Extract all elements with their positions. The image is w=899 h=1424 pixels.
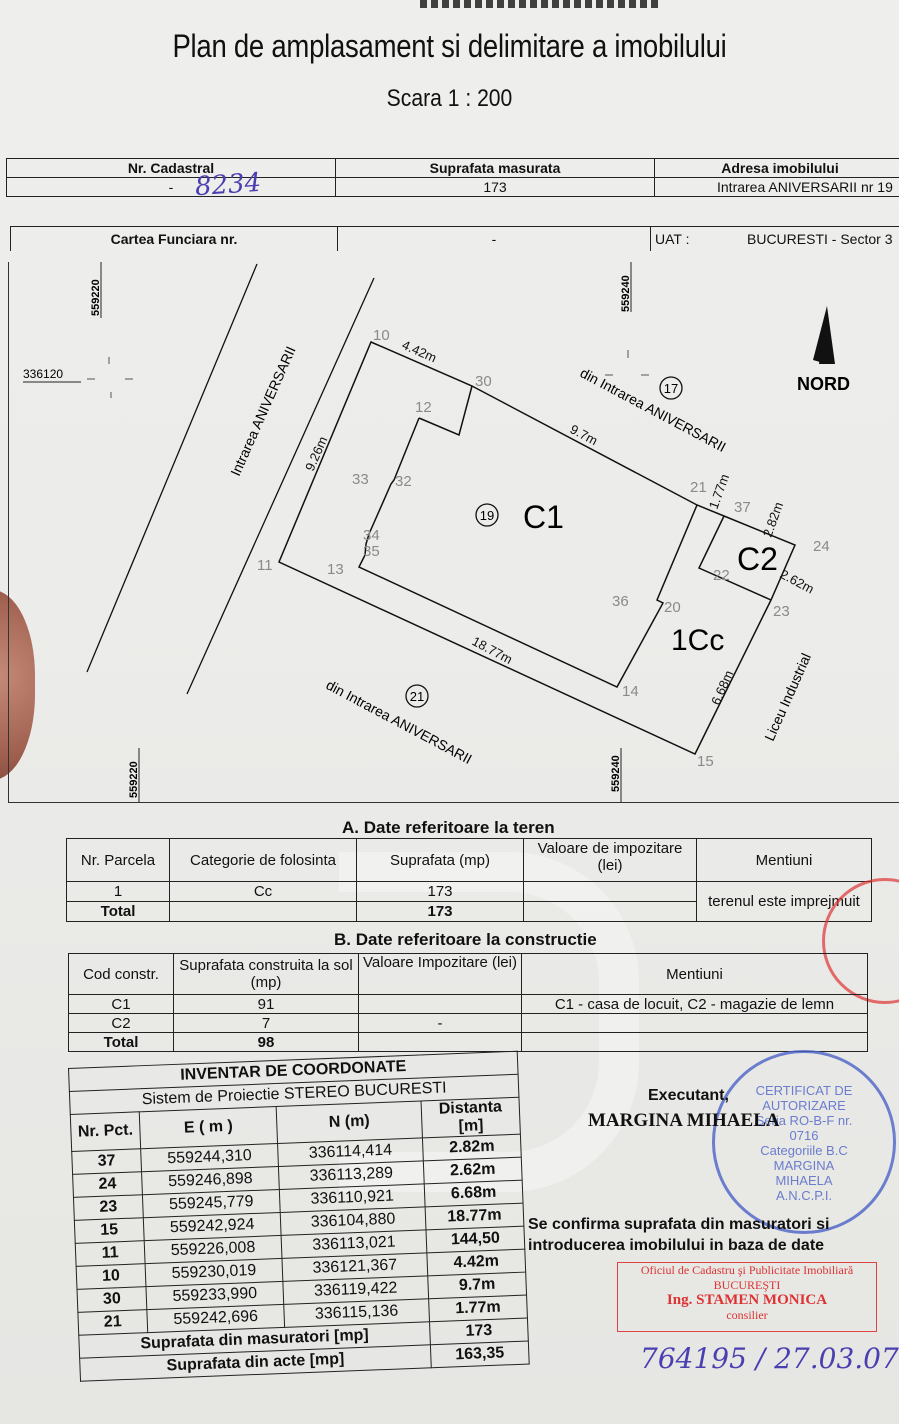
svg-text:10: 10 bbox=[373, 327, 390, 344]
svg-text:2.82m: 2.82m bbox=[760, 500, 786, 539]
building-c2-label: C2 bbox=[737, 541, 778, 577]
point-nr: 24 bbox=[73, 1172, 143, 1198]
total-label: Total bbox=[69, 1033, 174, 1052]
point-nr: 23 bbox=[73, 1195, 143, 1221]
svg-text:14: 14 bbox=[622, 683, 639, 700]
col-n: N (m) bbox=[276, 1101, 422, 1144]
site-plan: 559220 559240 336120 559220 559240 NORD bbox=[8, 262, 899, 803]
grid-label-x-right: 559240 bbox=[620, 275, 632, 312]
point-nr: 21 bbox=[78, 1310, 148, 1336]
col-valoare-impozitare: Valoare Impozitare (lei) bbox=[359, 954, 522, 995]
svg-text:33: 33 bbox=[352, 471, 369, 488]
section-a-title: A. Date referitoare la teren bbox=[342, 818, 555, 838]
empty-cell bbox=[522, 1033, 868, 1052]
svg-text:6.68m: 6.68m bbox=[708, 668, 736, 707]
uat-value: BUCURESTI - Sector 3 bbox=[743, 227, 899, 252]
street-label: Intrarea ANIVERSARII bbox=[227, 344, 299, 478]
svg-text:30: 30 bbox=[475, 373, 492, 390]
point-nr: 30 bbox=[77, 1287, 147, 1313]
ocpi-office: Oficiul de Cadastru şi Publicitate Imobi… bbox=[618, 1263, 876, 1278]
building-c1-label: C1 bbox=[523, 499, 564, 535]
confirmation-line-2: introducerea imobilului in baza de date bbox=[528, 1235, 829, 1256]
stamp-line: Categoriile B.C bbox=[745, 1143, 863, 1158]
parcel-area: 173 bbox=[357, 882, 524, 902]
total-constr-area: 98 bbox=[174, 1033, 359, 1052]
svg-text:23: 23 bbox=[773, 603, 790, 620]
stamp-line: MIHAELA bbox=[745, 1173, 863, 1188]
col-suprafata: Suprafata (mp) bbox=[357, 839, 524, 882]
neighbor-top-nr: 17 bbox=[664, 381, 678, 396]
parcel-nr: 1 bbox=[67, 882, 170, 902]
lot-number: 19 bbox=[480, 508, 494, 523]
svg-text:34: 34 bbox=[363, 527, 380, 544]
constr-value bbox=[359, 995, 522, 1014]
constr-code: C2 bbox=[69, 1014, 174, 1033]
svg-text:24: 24 bbox=[813, 538, 830, 555]
handwritten-cadastral-nr: 8234 bbox=[194, 168, 262, 203]
document-title: Plan de amplasament si delimitare a imob… bbox=[63, 28, 836, 65]
section-b-table: Cod constr. Suprafata construita la sol … bbox=[68, 953, 868, 1052]
north-label: NORD bbox=[797, 374, 850, 394]
col-nr-parcela: Nr. Parcela bbox=[67, 839, 170, 882]
svg-text:9.7m: 9.7m bbox=[568, 421, 601, 448]
ocpi-role: consilier bbox=[618, 1308, 876, 1323]
suprafata-label: Suprafata masurata bbox=[336, 159, 655, 178]
empty-cell bbox=[170, 902, 357, 922]
svg-text:12: 12 bbox=[415, 399, 432, 416]
plan-drawing: 559220 559240 336120 559220 559240 NORD bbox=[9, 262, 899, 802]
nr-cadastral-label: Nr. Cadastral bbox=[7, 159, 336, 178]
svg-text:2.62m: 2.62m bbox=[778, 566, 817, 596]
point-nr: 11 bbox=[75, 1241, 145, 1267]
parcel-category: Cc bbox=[170, 882, 357, 902]
svg-text:18.77m: 18.77m bbox=[470, 633, 515, 667]
constr-code: C1 bbox=[69, 995, 174, 1014]
section-a-table: Nr. Parcela Categorie de folosinta Supra… bbox=[66, 838, 872, 922]
parcel-value bbox=[524, 882, 697, 902]
point-nr: 10 bbox=[76, 1264, 146, 1290]
svg-text:15: 15 bbox=[697, 753, 714, 770]
stamp-line: MARGINA bbox=[745, 1158, 863, 1173]
scale-label: Scara 1 : 200 bbox=[54, 85, 845, 113]
neighbor-right-label: Liceu Industrial bbox=[761, 651, 814, 744]
carte-funciara-label: Cartea Funciara nr. bbox=[11, 227, 338, 252]
grid-cross-right bbox=[605, 350, 649, 375]
header-table: Nr. Cadastral Suprafata masurata Adresa … bbox=[6, 158, 899, 197]
grid-label-y: 336120 bbox=[23, 367, 63, 381]
ocpi-stamp: Oficiul de Cadastru şi Publicitate Imobi… bbox=[617, 1262, 877, 1332]
col-mentiuni: Mentiuni bbox=[522, 954, 868, 995]
total-area: 173 bbox=[357, 902, 524, 922]
cropped-heading bbox=[420, 0, 660, 8]
neighbor-bottom-nr: 21 bbox=[410, 689, 424, 704]
col-cod-constr: Cod constr. bbox=[69, 954, 174, 995]
grid-label-x-right-bottom: 559240 bbox=[610, 755, 622, 792]
coordinate-inventory-table: INVENTAR DE COORDONATE Sistem de Proiect… bbox=[68, 1051, 530, 1382]
uat-label: UAT : bbox=[651, 227, 744, 252]
point-nr: 15 bbox=[74, 1218, 144, 1244]
svg-text:13: 13 bbox=[327, 561, 344, 578]
col-e: E ( m ) bbox=[139, 1107, 277, 1149]
parcel-category-label: 1Cc bbox=[671, 624, 724, 657]
svg-text:36: 36 bbox=[612, 593, 629, 610]
carte-funciara-table: Cartea Funciara nr. - UAT : BUCURESTI - … bbox=[10, 226, 899, 251]
col-distanta: Distanta [m] bbox=[421, 1097, 520, 1138]
carte-funciara-value: - bbox=[338, 227, 651, 252]
adresa-label: Adresa imobilului bbox=[655, 159, 899, 178]
neighbor-top-label: din Intrarea ANIVERSARII bbox=[578, 365, 729, 455]
handwritten-reference: 764195 / 27.03.07 bbox=[640, 1342, 899, 1375]
stamp-line: CERTIFICAT DE bbox=[745, 1083, 863, 1098]
svg-text:4.42m: 4.42m bbox=[400, 337, 439, 365]
constr-value: - bbox=[359, 1014, 522, 1033]
svg-text:21: 21 bbox=[690, 479, 707, 496]
constr-mentiuni: C1 - casa de locuit, C2 - magazie de lem… bbox=[522, 995, 868, 1014]
total-label: Total bbox=[67, 902, 170, 922]
svg-text:37: 37 bbox=[734, 499, 751, 516]
svg-text:11: 11 bbox=[257, 557, 273, 574]
col-mentiuni: Mentiuni bbox=[697, 839, 872, 882]
grid-label-x-left-bottom: 559220 bbox=[128, 761, 140, 798]
ocpi-city: BUCUREŞTI bbox=[618, 1278, 876, 1293]
svg-text:9.26m: 9.26m bbox=[302, 434, 330, 473]
scanned-document: Plan de amplasament si delimitare a imob… bbox=[0, 0, 899, 1424]
blue-authorization-stamp: CERTIFICAT DEAUTORIZARESeria RO-B-F nr. … bbox=[712, 1050, 896, 1234]
empty-cell bbox=[524, 902, 697, 922]
col-nr-pct: Nr. Pct. bbox=[70, 1112, 140, 1152]
ocpi-official: Ing. STAMEN MONICA bbox=[618, 1293, 876, 1308]
empty-cell bbox=[359, 1033, 522, 1052]
confirmation-text: Se confirma suprafata din masuratori si … bbox=[528, 1214, 829, 1256]
constr-mentiuni bbox=[522, 1014, 868, 1033]
neighbor-bottom-label: din Intrarea ANIVERSARII bbox=[324, 677, 475, 767]
col-valoare: Valoare de impozitare (lei) bbox=[524, 839, 697, 882]
executant-label: Executant, bbox=[648, 1087, 729, 1105]
svg-text:22: 22 bbox=[713, 567, 730, 584]
confirmation-line-1: Se confirma suprafata din masuratori si bbox=[528, 1214, 829, 1235]
grid-cross-left bbox=[87, 357, 133, 398]
area-acts-value: 163,35 bbox=[430, 1341, 529, 1368]
svg-text:1.77m: 1.77m bbox=[706, 472, 732, 511]
grid-label-x-left: 559220 bbox=[90, 279, 102, 316]
nr-cadastral-value: - bbox=[7, 178, 336, 197]
adresa-value: Intrarea ANIVERSARII nr 19 bbox=[655, 178, 899, 197]
svg-text:35: 35 bbox=[363, 543, 380, 560]
col-suprafata-constr: Suprafata construita la sol (mp) bbox=[174, 954, 359, 995]
executant-name: MARGINA MIHAELA bbox=[588, 1110, 780, 1132]
suprafata-value: 173 bbox=[336, 178, 655, 197]
svg-text:32: 32 bbox=[395, 473, 412, 490]
constr-area: 7 bbox=[174, 1014, 359, 1033]
stamp-line: A.N.C.P.I. bbox=[745, 1188, 863, 1203]
col-categorie: Categorie de folosinta bbox=[170, 839, 357, 882]
building-c1-outline bbox=[359, 418, 697, 687]
svg-text:20: 20 bbox=[664, 599, 681, 616]
section-b-title: B. Date referitoare la constructie bbox=[334, 930, 597, 950]
constr-area: 91 bbox=[174, 995, 359, 1014]
point-nr: 37 bbox=[72, 1149, 142, 1175]
